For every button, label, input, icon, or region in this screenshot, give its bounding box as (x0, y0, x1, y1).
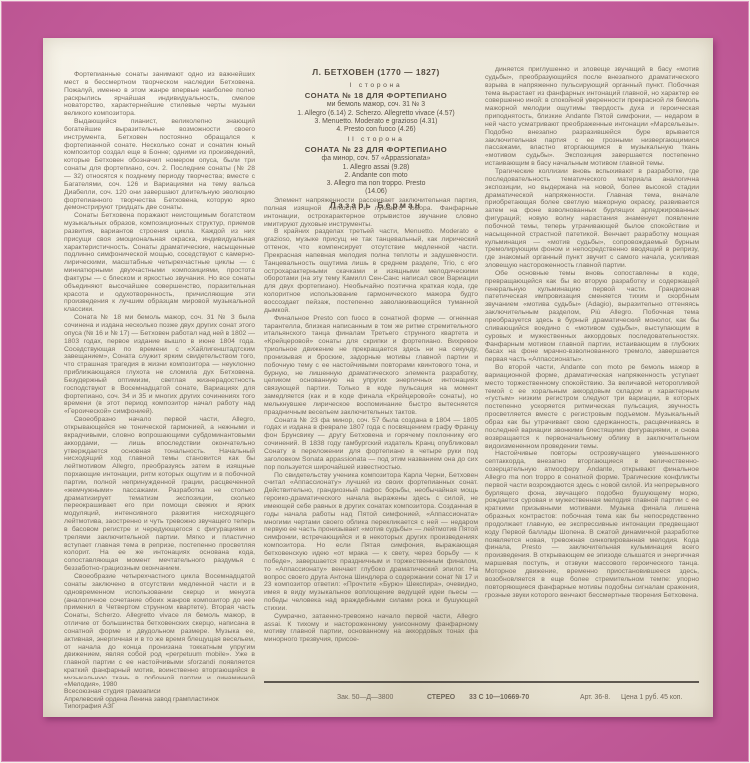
side2-label: II сторона (251, 136, 501, 143)
side1-label: I сторона (251, 82, 501, 89)
imprint-block: «Мелодия», 1980 Всесоюзная студия грамза… (64, 681, 219, 710)
liner-paragraph: Фортепианные сонаты занимают одно из важ… (64, 71, 255, 118)
article-number: Арт. 36-8. (580, 694, 610, 701)
studio-line: Всесоюзная студия грамзаписи (64, 688, 219, 695)
liner-notes-panel: Л. БЕТХОВЕН (1770 — 1827) I сторона СОНА… (43, 38, 713, 717)
liner-paragraph: Обе основные темы вновь сопоставлены в к… (485, 270, 699, 364)
liner-paragraph: Своеобразие четырехчастного цикла Восемн… (64, 573, 255, 679)
composer-title: Л. БЕТХОВЕН (1770 — 1827) (251, 67, 501, 77)
liner-paragraph: Сумрачно, затаенно-тревожно начало перво… (264, 613, 478, 644)
order-number: Зак. 50—Д—3800 (337, 694, 393, 701)
track-line: (14.06) (251, 188, 501, 196)
liner-notes-column-middle: Элемент напряженности рассеивает заключи… (264, 197, 478, 680)
liner-paragraph: Сонаты Бетховена поражают неистощимым бо… (64, 212, 255, 314)
track-line: 4. Presto con fuoco (4.26) (251, 126, 501, 134)
liner-paragraph: Финальное Presto con fuoco в сонатной фо… (264, 315, 478, 417)
liner-notes-column-right: диняется приглушенно и зловеще звучащий … (485, 66, 699, 680)
price-label: Цена 1 руб. 45 коп. (621, 694, 682, 701)
liner-paragraph: Соната № 18 ми бемоль мажор, соч. 31 № 3… (64, 314, 255, 416)
track-line: 1. Allegro (6.14) 2. Scherzo. Allegretto… (251, 110, 501, 118)
liner-paragraph: Во второй части, Andante con moto ре бем… (485, 364, 699, 450)
side1-work-title: СОНАТА № 18 ДЛЯ ФОРТЕПИАНО (251, 91, 501, 100)
liner-paragraph: диняется приглушенно и зловеще звучащий … (485, 66, 699, 168)
liner-notes-column-left: Фортепианные сонаты занимают одно из важ… (64, 71, 255, 679)
liner-paragraph: Настойчивые повторы острозвучащего умень… (485, 450, 699, 599)
side2-work-title: СОНАТА № 23 ДЛЯ ФОРТЕПИАНО (251, 145, 501, 154)
catalog-number: 33 С 10—10669-70 (469, 694, 529, 701)
track-line: 1. Allegro assai (9.28) (251, 164, 501, 172)
track-line: 3. Menuetto. Moderato e grazioso (4.31) (251, 118, 501, 126)
record-sleeve-back: Л. БЕТХОВЕН (1770 — 1827) I сторона СОНА… (1, 1, 749, 762)
liner-paragraph: Своеобразно начало первой части, Allegro… (64, 416, 255, 573)
liner-paragraph: Выдающийся пианист, великолепно знающий … (64, 118, 255, 212)
album-heading: Л. БЕТХОВЕН (1770 — 1827) I сторона СОНА… (251, 67, 501, 210)
track-line: 2. Andante con moto (251, 172, 501, 180)
liner-paragraph: В крайних разделах третьей части, Menuet… (264, 228, 478, 314)
footer-divider (264, 681, 699, 683)
pressing-plant-line: Апрелевский ордена Ленина завод грамплас… (64, 696, 219, 703)
track-line: 3. Allegro ma non troppo. Presto (251, 180, 501, 188)
label-name-line: «Мелодия», 1980 (64, 681, 219, 688)
liner-paragraph: Соната № 23 фа минор, соч. 57 была созда… (264, 417, 478, 472)
side1-work-subtitle: ми бемоль мажор, соч. 31 № 3 (251, 101, 501, 108)
liner-paragraph: По свидетельству ученика композитора Кар… (264, 472, 478, 613)
stereo-mark: СТЕРЕО (427, 694, 455, 701)
side2-track-list: 1. Allegro assai (9.28)2. Andante con mo… (251, 164, 501, 196)
liner-paragraph: Трагические коллизии вновь вспыхивают в … (485, 168, 699, 270)
liner-paragraph: Элемент напряженности рассеивает заключи… (264, 197, 478, 228)
printer-line: Типография АЗГ (64, 703, 219, 710)
side2-work-subtitle: фа минор, соч. 57 «Appassionata» (251, 155, 501, 162)
side1-track-list: 1. Allegro (6.14) 2. Scherzo. Allegretto… (251, 110, 501, 134)
